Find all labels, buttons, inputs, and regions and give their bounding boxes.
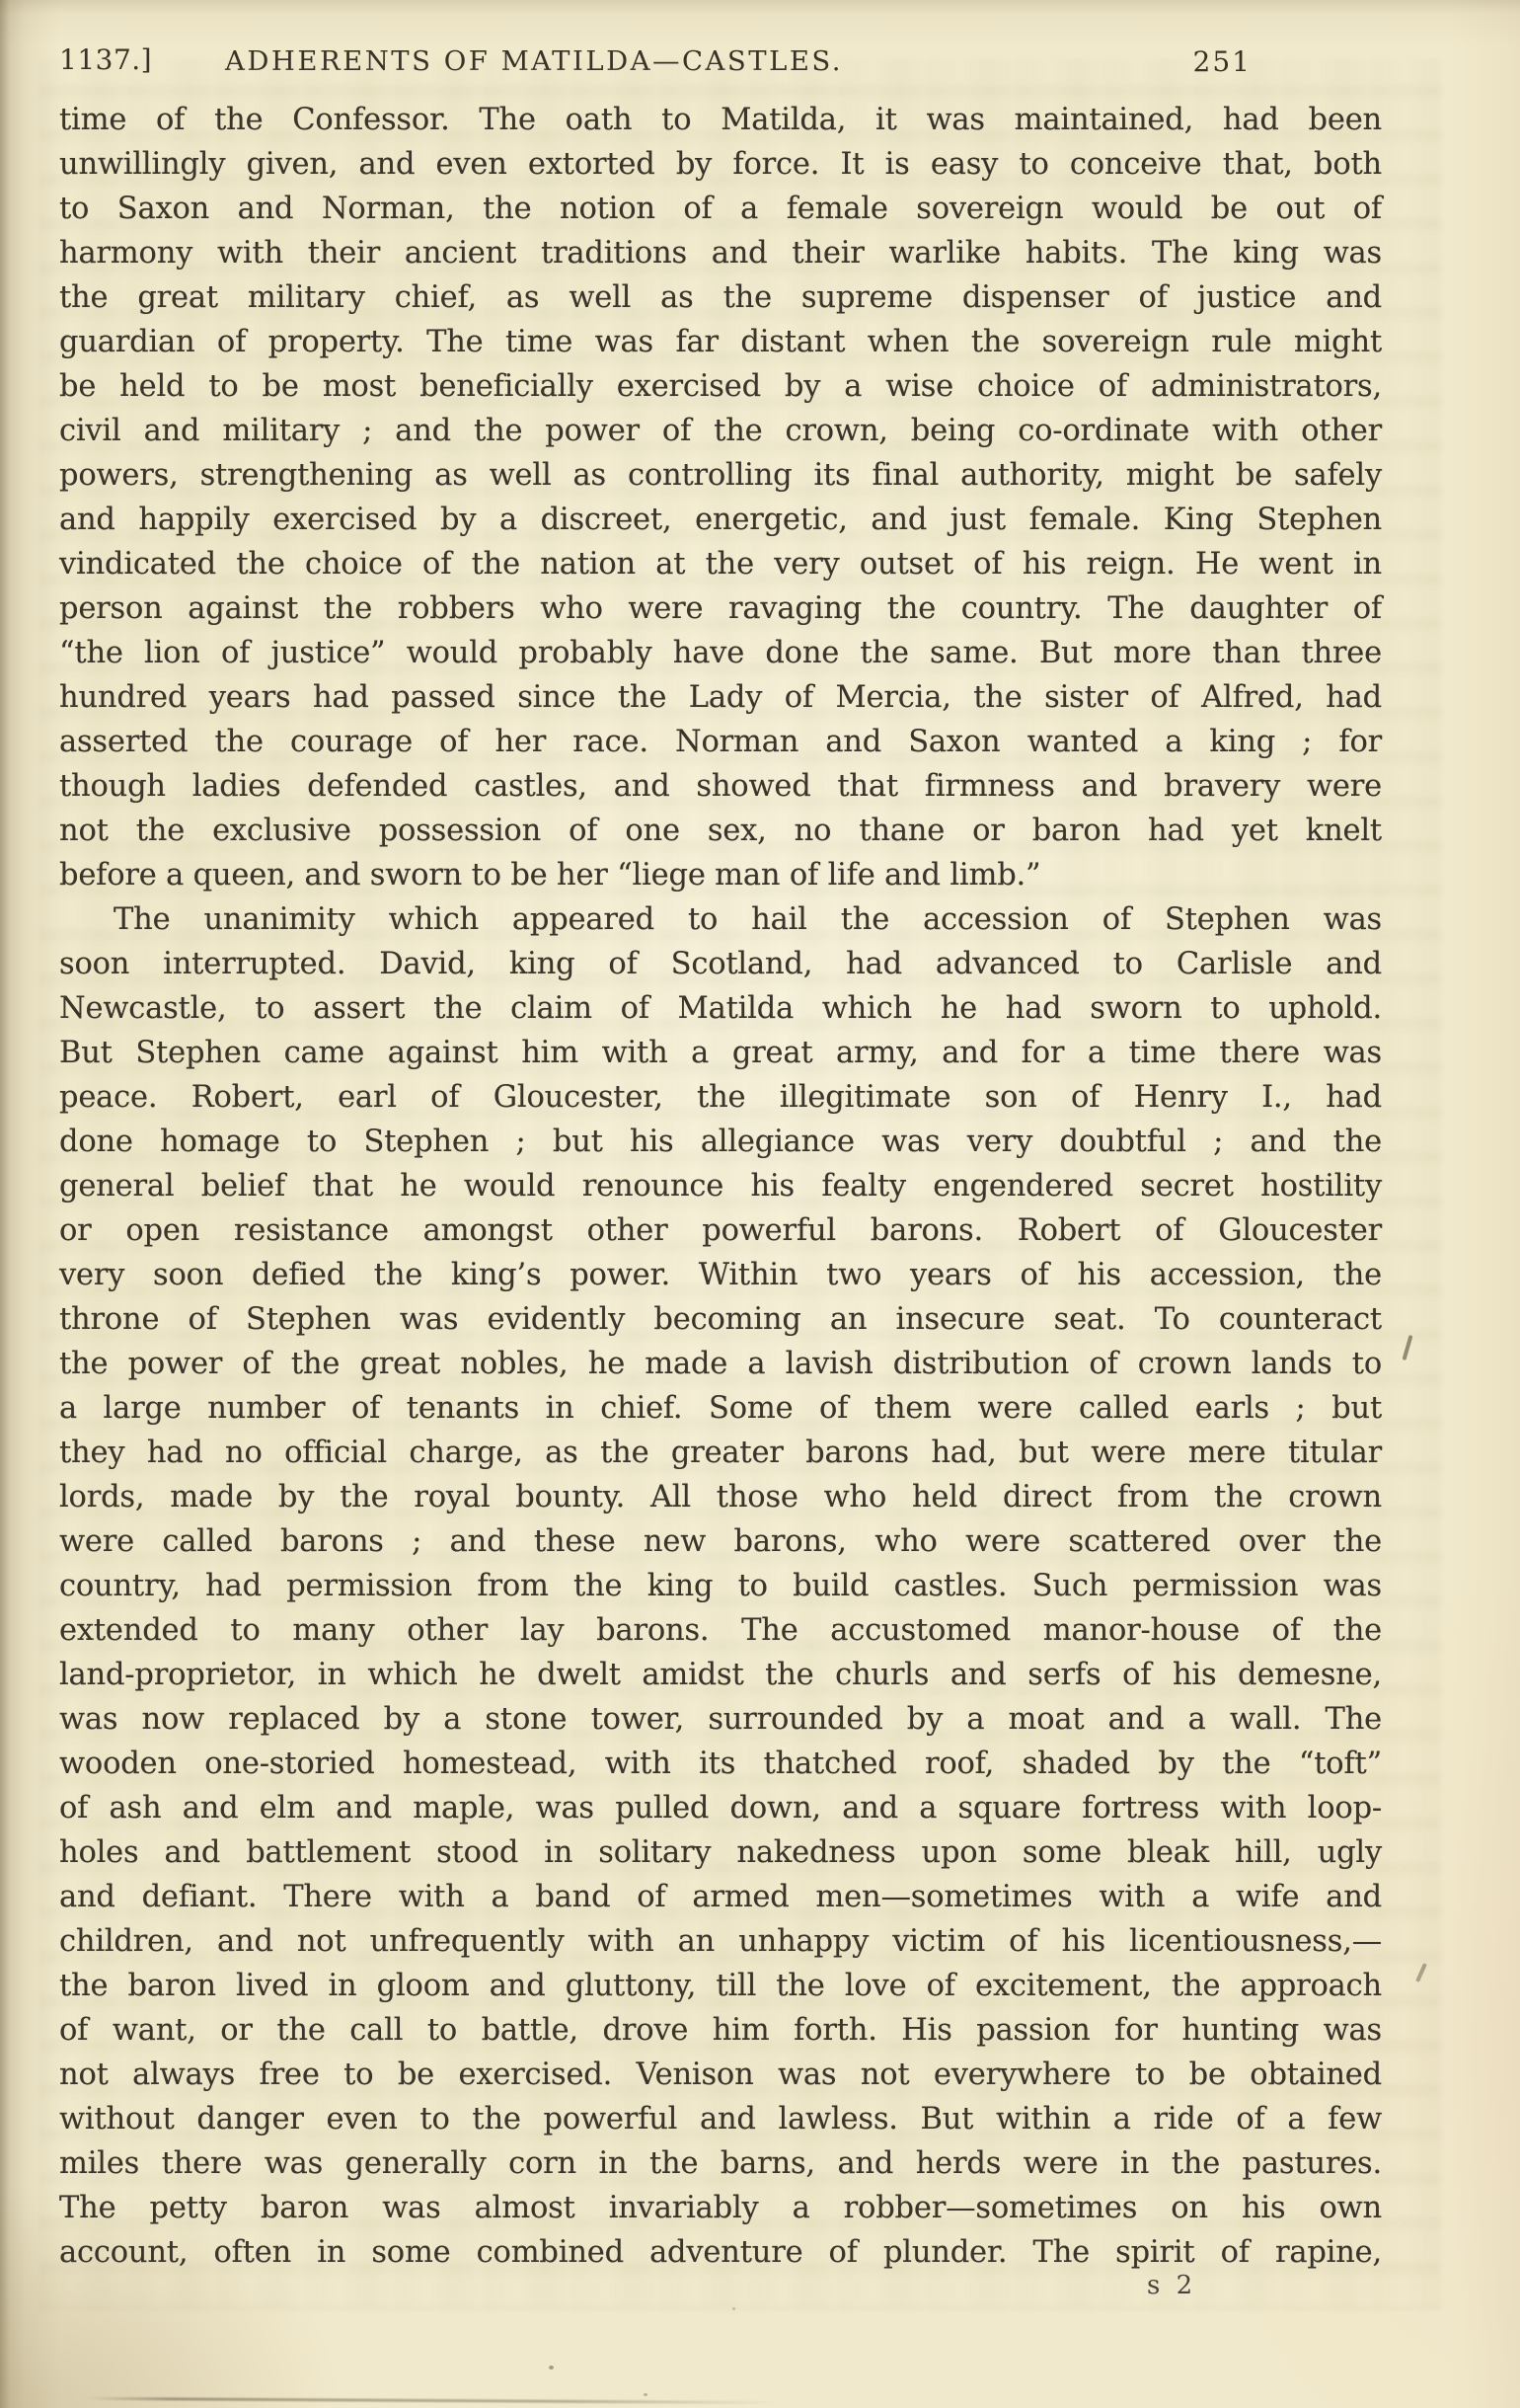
- text-line: The petty baron was almost invariably a …: [59, 2186, 1382, 2230]
- text-line: the power of the great nobles, he made a…: [59, 1342, 1382, 1386]
- book-page: 1137.] ADHERENTS OF MATILDA—CASTLES. 251…: [0, 0, 1520, 2408]
- text-line: be held to be most beneficially exercise…: [59, 364, 1382, 409]
- text-line: were called barons ; and these new baron…: [59, 1519, 1382, 1564]
- text-line: extended to many other lay barons. The a…: [59, 1608, 1382, 1653]
- text-line: and happily exercised by a discreet, ene…: [59, 498, 1382, 542]
- text-line: not the exclusive possession of one sex,…: [59, 809, 1382, 853]
- text-line: soon interrupted. David, king of Scotlan…: [59, 942, 1382, 986]
- text-line: person against the robbers who were rava…: [59, 586, 1382, 631]
- text-line: holes and battlement stood in solitary n…: [59, 1830, 1382, 1875]
- text-line: But Stephen came against him with a grea…: [59, 1031, 1382, 1075]
- margin-pen-mark: [1402, 1335, 1412, 1360]
- text-line: powers, strengthening as well as control…: [59, 453, 1382, 498]
- text-line: though ladies defended castles, and show…: [59, 764, 1382, 809]
- signature-mark: s 2: [1147, 2271, 1196, 2300]
- page-edge-shadow: [87, 2397, 778, 2404]
- text-line: to Saxon and Norman, the notion of a fem…: [59, 187, 1382, 231]
- text-line: vindicated the choice of the nation at t…: [59, 542, 1382, 586]
- text-line: done homage to Stephen ; but his allegia…: [59, 1120, 1382, 1164]
- text-line: civil and military ; and the power of th…: [59, 409, 1382, 453]
- text-line: a large number of tenants in chief. Some…: [59, 1386, 1382, 1431]
- page-body: time of the Confessor. The oath to Matil…: [59, 98, 1382, 2275]
- text-line: guardian of property. The time was far d…: [59, 320, 1382, 364]
- text-line: was now replaced by a stone tower, surro…: [59, 1697, 1382, 1742]
- paper-speck: [549, 2366, 554, 2369]
- text-line: of ash and elm and maple, was pulled dow…: [59, 1786, 1382, 1830]
- text-line: or open resistance amongst other powerfu…: [59, 1208, 1382, 1253]
- text-line: general belief that he would renounce hi…: [59, 1164, 1382, 1208]
- text-line: and defiant. There with a band of armed …: [59, 1875, 1382, 1919]
- text-line: they had no official charge, as the grea…: [59, 1431, 1382, 1475]
- page-header: 1137.] ADHERENTS OF MATILDA—CASTLES. 251: [59, 43, 1382, 87]
- margin-pen-mark: [1415, 1963, 1427, 1982]
- text-line: throne of Stephen was evidently becoming…: [59, 1297, 1382, 1342]
- running-folio: 1137.]: [59, 43, 152, 76]
- text-line: land-proprietor, in which he dwelt amids…: [59, 1653, 1382, 1697]
- text-line: “the lion of justice” would probably hav…: [59, 631, 1382, 675]
- paragraph-1: time of the Confessor. The oath to Matil…: [59, 98, 1382, 897]
- text-line: wooden one-storied homestead, with its t…: [59, 1742, 1382, 1786]
- text-line: children, and not unfrequently with an u…: [59, 1919, 1382, 1964]
- text-line: the baron lived in gloom and gluttony, t…: [59, 1964, 1382, 2008]
- text-line: of want, or the call to battle, drove hi…: [59, 2008, 1382, 2053]
- running-title: ADHERENTS OF MATILDA—CASTLES.: [225, 45, 843, 77]
- text-line: not always free to be exercised. Venison…: [59, 2053, 1382, 2097]
- text-line: The unanimity which appeared to hail the…: [59, 897, 1382, 942]
- text-line: peace. Robert, earl of Gloucester, the i…: [59, 1075, 1382, 1120]
- text-line: Newcastle, to assert the claim of Matild…: [59, 986, 1382, 1031]
- paragraph-2: The unanimity which appeared to hail the…: [59, 897, 1382, 2275]
- paper-speck: [732, 2307, 735, 2310]
- text-line: hundred years had passed since the Lady …: [59, 675, 1382, 720]
- text-line: without danger even to the powerful and …: [59, 2097, 1382, 2141]
- text-line: country, had permission from the king to…: [59, 1564, 1382, 1608]
- text-line: asserted the courage of her race. Norman…: [59, 720, 1382, 764]
- text-line: unwillingly given, and even extorted by …: [59, 142, 1382, 187]
- text-line: time of the Confessor. The oath to Matil…: [59, 98, 1382, 142]
- paper-speck: [644, 2393, 647, 2396]
- text-line: harmony with their ancient traditions an…: [59, 231, 1382, 275]
- text-line: the great military chief, as well as the…: [59, 275, 1382, 320]
- text-line: lords, made by the royal bounty. All tho…: [59, 1475, 1382, 1519]
- text-line: account, often in some combined adventur…: [59, 2230, 1382, 2275]
- text-line: very soon defied the king’s power. Withi…: [59, 1253, 1382, 1297]
- text-line: miles there was generally corn in the ba…: [59, 2141, 1382, 2186]
- page-number: 251: [1193, 45, 1252, 78]
- text-line: before a queen, and sworn to be her “lie…: [59, 853, 1382, 897]
